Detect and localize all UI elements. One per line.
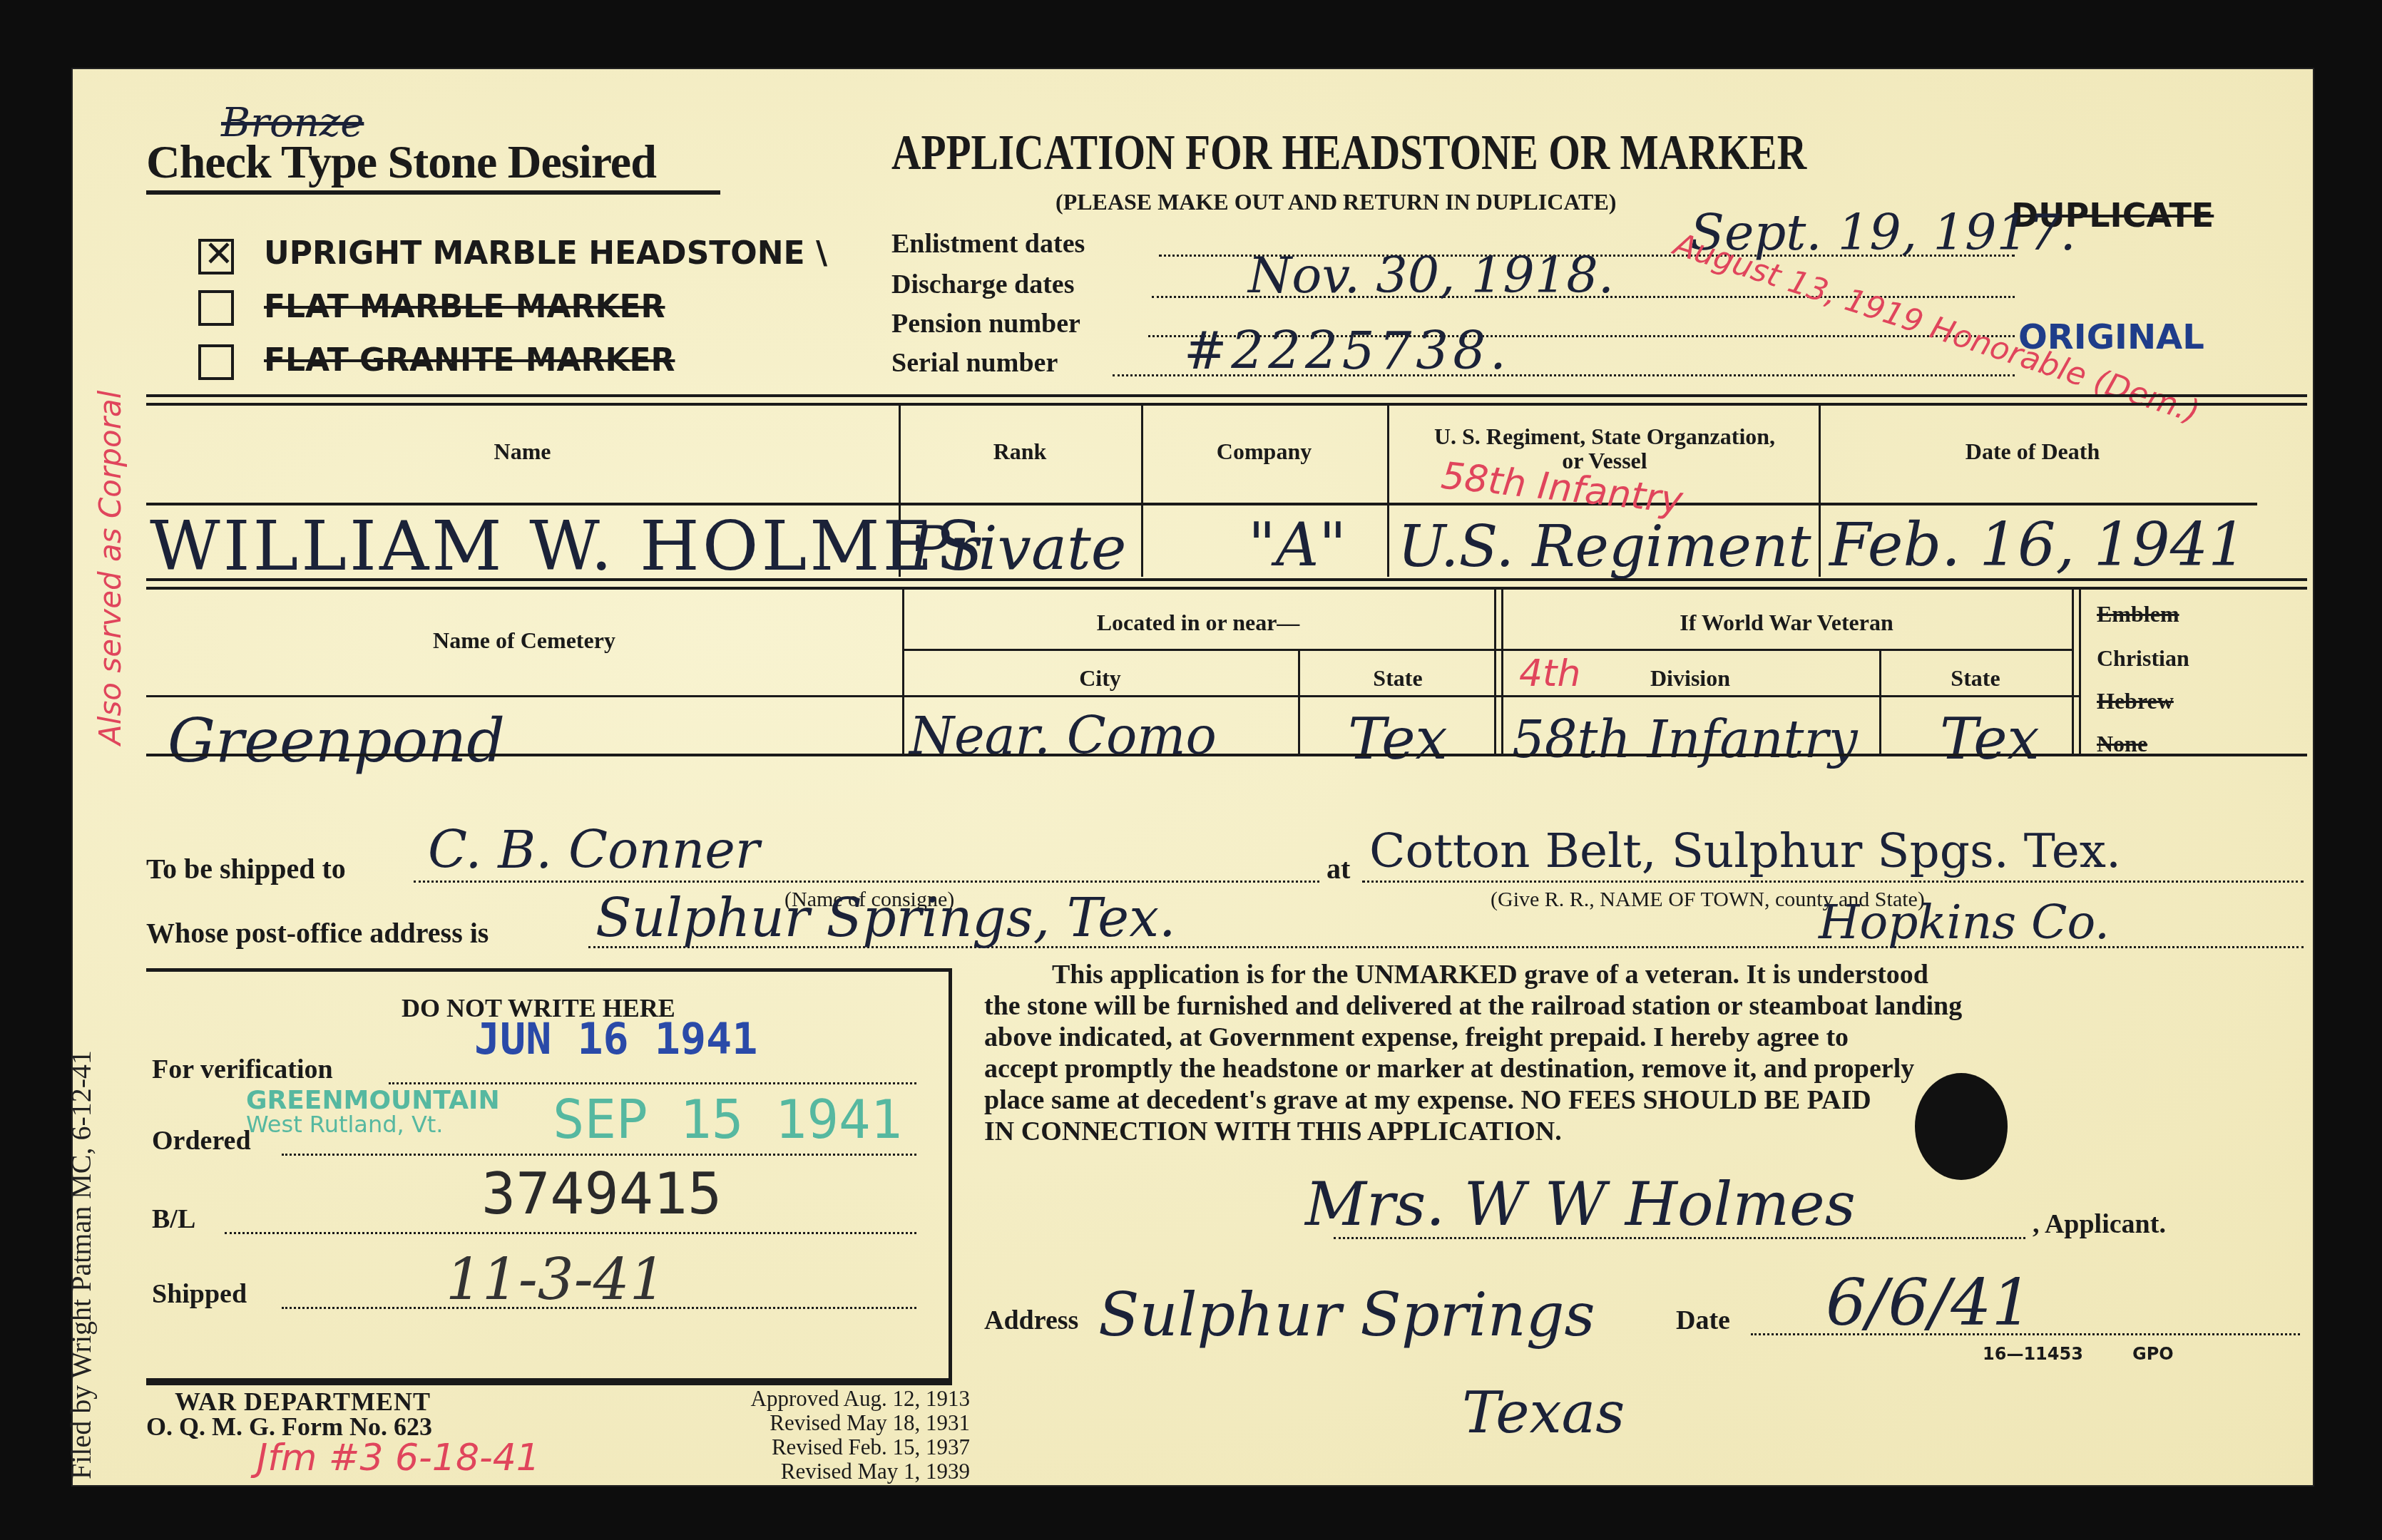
header-name: Name [146, 438, 899, 465]
office-use-box: DO NOT WRITE HERE For verification JUN 1… [146, 968, 952, 1385]
header-company: Company [1141, 438, 1387, 465]
bl-label: B/L [152, 1203, 195, 1235]
ordered-stamp-location: West Rutland, Vt. [246, 1111, 444, 1138]
county-value[interactable]: Hopkins Co. [1819, 895, 2110, 950]
header-rank: Rank [899, 438, 1141, 465]
date-value[interactable]: 6/6/41 [1826, 1266, 2033, 1340]
ink-blot [1915, 1073, 2008, 1180]
applicant-label: , Applicant. [2033, 1208, 2166, 1240]
header-cemetery: Name of Cemetery [146, 627, 902, 654]
verification-label: For verification [152, 1054, 333, 1085]
checkbox-unchecked[interactable] [198, 290, 234, 326]
bl-value[interactable]: 3749415 [481, 1161, 722, 1227]
revision-history: Approved Aug. 12, 1913 Revised May 18, 1… [663, 1387, 970, 1484]
shipped-to-label: To be shipped to [146, 852, 346, 885]
company-value[interactable]: "A" [1248, 510, 1346, 580]
header-date-of-death: Date of Death [1819, 438, 2246, 465]
header-located: Located in or near— [902, 610, 1494, 636]
pension-label: Pension number [891, 308, 1080, 339]
verification-stamp: JUN 16 1941 [474, 1015, 757, 1064]
date-label: Date [1676, 1305, 1730, 1336]
emblem-header: Emblem [2097, 601, 2179, 627]
post-office-address-value[interactable]: Sulphur Springs, Tex. [595, 888, 1175, 949]
emblem-christian[interactable]: Christian [2097, 645, 2189, 672]
division-red-annotation: 4th [1519, 652, 1580, 695]
ordered-stamp-date: SEP 15 1941 [553, 1089, 902, 1151]
red-margin-note: Also served as Corporal [93, 391, 128, 745]
checkbox-unchecked[interactable] [198, 344, 234, 380]
ww-state-value[interactable]: Tex [1940, 706, 2040, 772]
form-title: APPLICATION FOR HEADSTONE OR MARKER [891, 125, 1806, 182]
cemetery-value[interactable]: Greenpond [168, 706, 505, 776]
header-world-war: If World War Veteran [1501, 610, 2072, 636]
form-subtitle: (PLEASE MAKE OUT AND RETURN IN DUPLICATE… [1055, 189, 1616, 215]
address-label: Whose post-office address is [146, 916, 489, 950]
destination-value[interactable]: Cotton Belt, Sulphur Spgs. Tex. [1369, 823, 2121, 878]
consignee-value[interactable]: C. B. Conner [428, 820, 760, 880]
stone-type-heading: Check Type Stone Desired [146, 135, 656, 190]
print-code: 16—11453 [1983, 1344, 2083, 1364]
shipped-value[interactable]: 11-3-41 [446, 1246, 666, 1313]
discharge-value[interactable]: Nov. 30, 1918. [1248, 246, 1614, 304]
serial-value[interactable]: #2225738. [1184, 321, 1511, 381]
red-footer-initials: Jfm #3 6-18-41 [257, 1437, 540, 1479]
header-ww-state: State [1879, 665, 2072, 692]
date-of-death-value[interactable]: Feb. 16, 1941 [1829, 510, 2246, 580]
emblem-hebrew[interactable]: Hebrew [2097, 688, 2174, 714]
checkbox-checked[interactable]: ✕ [198, 239, 234, 274]
filed-by-margin-note: Filed by Wright Patman MC, 6-12-41 [64, 1050, 98, 1479]
applicant-address-state[interactable]: Texas [1462, 1380, 1625, 1446]
regiment-value[interactable]: U.S. Regiment [1398, 513, 1811, 580]
shipped-label: Shipped [152, 1278, 247, 1310]
discharge-label: Discharge dates [891, 269, 1074, 300]
applicant-address-label: Address [984, 1305, 1078, 1336]
rank-value[interactable]: Private [909, 513, 1127, 583]
enlistment-label: Enlistment dates [891, 228, 1085, 260]
deceased-name[interactable]: WILLIAM W. HOLMES [150, 506, 985, 586]
check-x-icon: ✕ [204, 233, 234, 274]
headstone-application-form: Filed by Wright Patman MC, 6-12-41 Also … [71, 68, 2314, 1487]
serial-label: Serial number [891, 347, 1058, 379]
at-label: at [1327, 852, 1350, 885]
header-state: State [1298, 665, 1498, 692]
agreement-text: This application is for the UNMARKED gra… [984, 959, 2304, 1147]
city-value[interactable]: Near. Como [909, 706, 1217, 766]
print-office: GPO [2132, 1344, 2174, 1364]
division-value[interactable]: 58th Infantry [1512, 709, 1858, 769]
applicant-address-value[interactable]: Sulphur Springs [1098, 1280, 1595, 1350]
state-value[interactable]: Tex [1348, 706, 1448, 772]
applicant-signature[interactable]: Mrs. W W Holmes [1305, 1169, 1856, 1239]
header-city: City [902, 665, 1298, 692]
ordered-label: Ordered [152, 1125, 251, 1156]
